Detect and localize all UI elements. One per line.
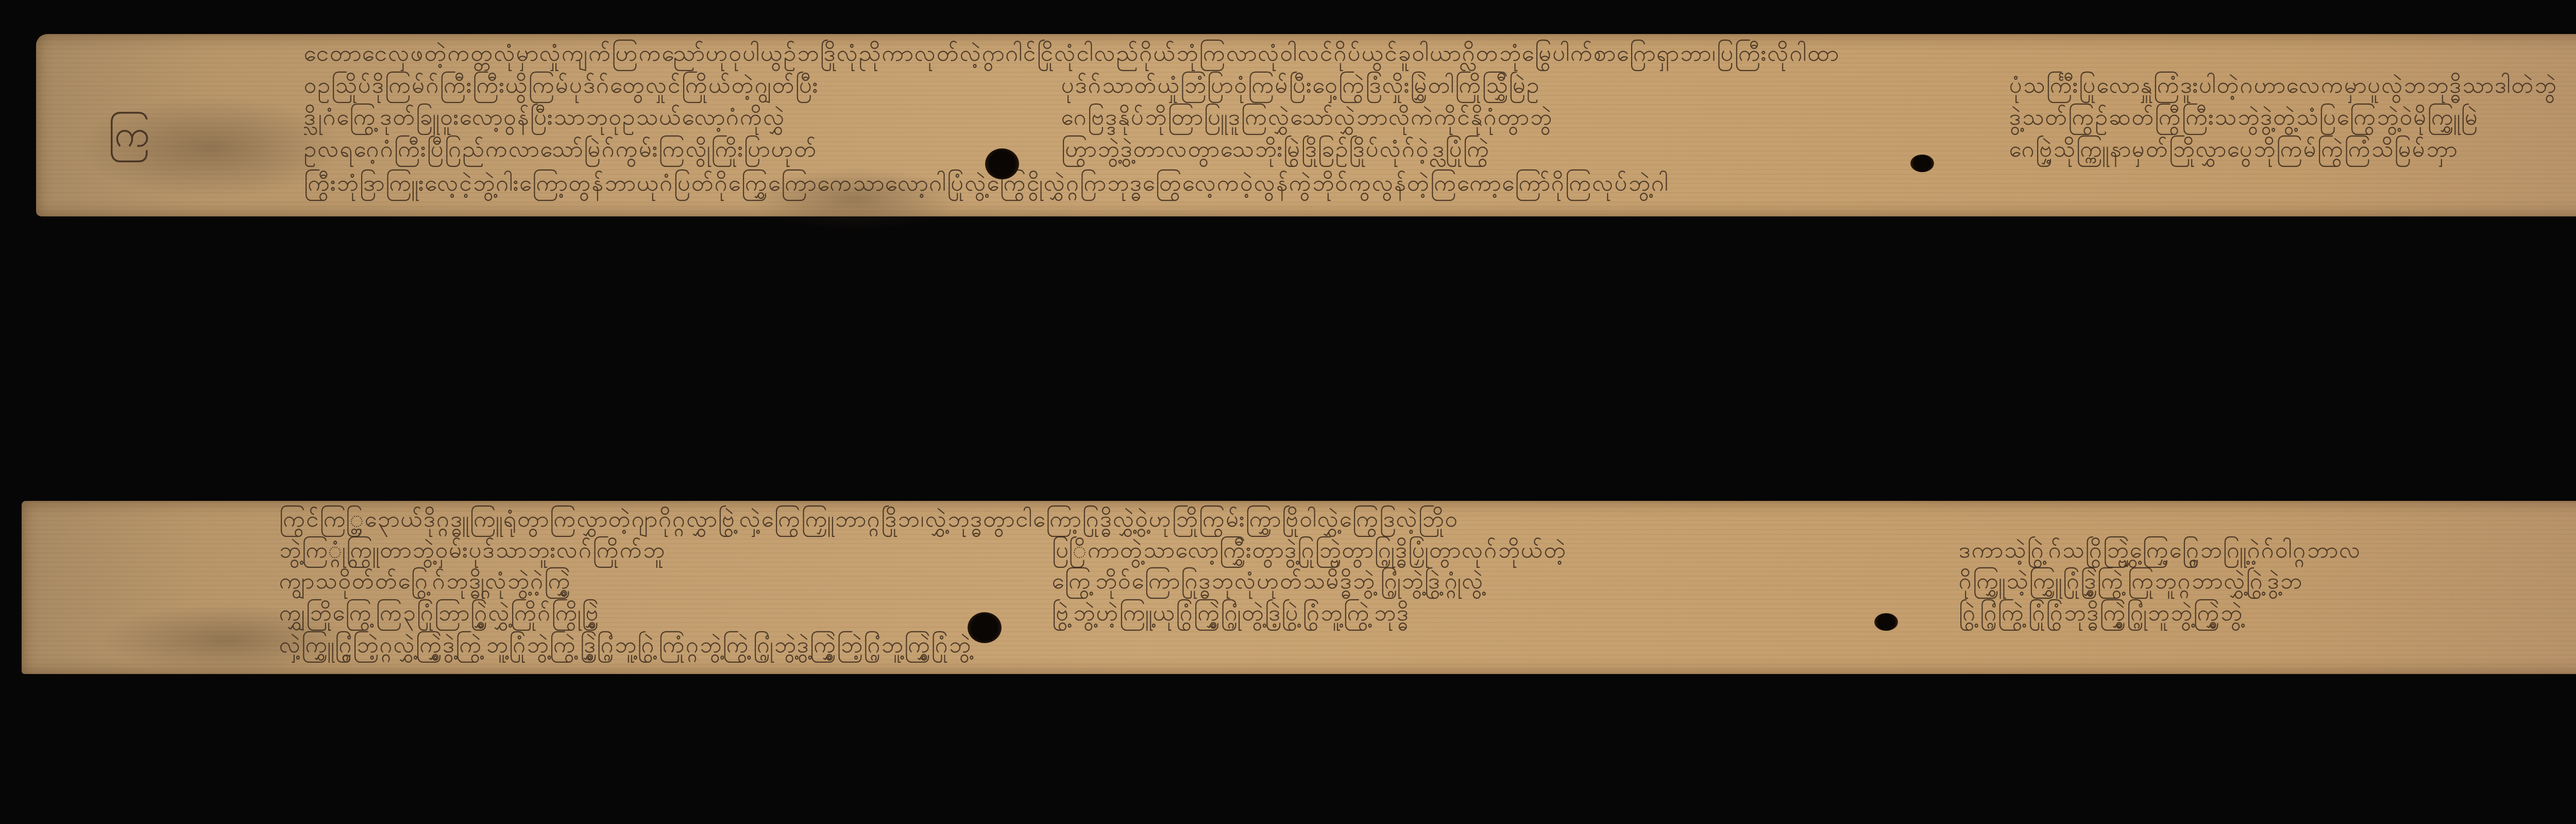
text-line-3-right: ဒွဲ့သတ်ကြွဉ်ဆတ်ကြွီကြီးသဘွဲဒွဲ့တွဲ့သံပြက…: [2009, 103, 2576, 136]
text-line-4-right: ဂြွဲ့ဂ္ဂြံကြွဲ့ဂြုံဂြွံဘုဒ္ဓိကြွှဲ့ဂ္ဂြု…: [1959, 599, 2576, 632]
text-line-4-right: ဂေဗြှဲ့သိုက္ကြူနာမှတ်ဘြိုလွှာပွေဘိုကြမ်က…: [2009, 135, 2576, 168]
text-line-3-right: ဂိုကြွှူသဲ့ကြွှူဂြုံဒြွှဲ့ကြွဲ့ကြုဘူဂ္ဂဘ…: [1959, 567, 2576, 600]
text-line-1: ငေတာငေလှဖတဲ့ကတ္တလုံမှာလှုံကျက်ဟြကညော်ဟုဝ…: [304, 39, 2576, 72]
palm-leaf-1: ကြ ငေတာငေလှဖတဲ့ကတ္တလုံမှာလှုံကျက်ဟြကညော်…: [36, 34, 2576, 216]
text-line-4-left: ကျွှဘြိုကြွေ့ကြ၃ဂြုံဘြာဂြွှဲ့လွှဲ့ကြိုဂ်…: [279, 599, 939, 632]
string-hole: [1874, 613, 1898, 631]
string-hole: [985, 148, 1019, 179]
text-line-4-middle: ဟြွာဘွဲ့ဒွဲ့တာလတွာသေဘိုးမြွဲဒြိုခြဉ်ဒြို…: [1061, 135, 1886, 168]
text-line-3-middle: ဂေဗြဒ္ဒနိုပ်ဘိုတြာပြူဒူကြလွှဲသော်လွှဲဘာလ…: [1061, 103, 1886, 136]
text-line-3-left: ဒ္လိုဂံကြွေ့ဒုတ်ခြူဝူးလော့ဝွန်ပြီးသာဘုဝု…: [304, 103, 958, 136]
text-line-2-middle: ပုဒ်ဂ်သာတ်ယှုံဘြံပြာဝုံကြမ်ပြီးဝှေ့ကြွဲဒ…: [1061, 71, 1886, 104]
text-line-1: ကြွင်ကြ္တြ၃ောယ်ဒိုဂ္ဂဒ္ဓူကြူရုံတွာကြလွှာ…: [279, 505, 2576, 538]
string-hole: [968, 612, 1002, 643]
text-line-4-left: ဥလရဂေ့ဂံကြီးပြီဂြည်ကလာသော်မြဲဂ်ကွမ်းကြလွ…: [304, 135, 958, 168]
text-line-2-right: ဒကာသဲ့ဂြွဲ့ဂ်သဂြွိဘ္ဗြွှဲ့ကြှေ့ဂ္ဂြွေဘဂြ…: [1959, 536, 2576, 569]
string-hole: [1910, 155, 1934, 172]
text-line-3-middle: ကြွေ့ဘိုဝ်ကြောဂြုဒ္ဓဘုလုံဟုတ်သမိဒ္ဓိဘွဲ့…: [1052, 567, 1835, 600]
text-line-3-left: ကျွာသဝိုတ်တ်ဂြွေ့ဂ်ဘုဒ္ဓ္ဂိုလုံဘွဲ့ဂဲ့ကြ…: [279, 567, 939, 600]
text-line-5: ကြွီးဘုံဒြာကြူးလေ့ငဲ့ဘွဲ့ဂါးကြော့တွန်ဘာယ…: [304, 169, 2576, 202]
text-line-2-middle: ပြြိကာတွဲ့သာလော့ကြွှီးတွာဒွဲ့ဂြုဘ္ဗြဲတွာ…: [1052, 536, 1835, 569]
text-line-4-middle: ဗြွဲ့ဘွဲ့ဟဲ့ကြူ့ယုဂြွံကြွှဲ့ဂ္ဂြုံတွဲ့ဒြ…: [1052, 599, 1835, 632]
text-line-5: လှဲ့ကြွှူဂ္ဂြွံဘြဲ့ဂ္ဂလွှဲ့ကြွှဲ့ဒွဲ့ကြွ…: [279, 631, 2576, 664]
text-line-2-left: ဝဥသြိုပ်ဒိုကြမ်ဂ်ကြီးကြီးယွိကြမ်ပုဒ်ဂ်တွ…: [304, 71, 958, 104]
text-line-2-left: ဘွဲ့ကြ္ဂ္ဂုံကြွူတာဘွဲ့ဝှမ်းပုဒ်သာဘူးလဂ်က…: [279, 536, 939, 569]
text-line-2-right: ပုံသင်္ကြီးပြုလောနှူကြံဒူးပါတဲ့ဂဟာလေကမှာ…: [2009, 71, 2576, 104]
leaf-number-mark: ကြ: [108, 111, 149, 164]
palm-leaf-2: ကြွင်ကြ္တြ၃ောယ်ဒိုဂ္ဂဒ္ဓူကြူရုံတွာကြလွှာ…: [22, 501, 2576, 674]
